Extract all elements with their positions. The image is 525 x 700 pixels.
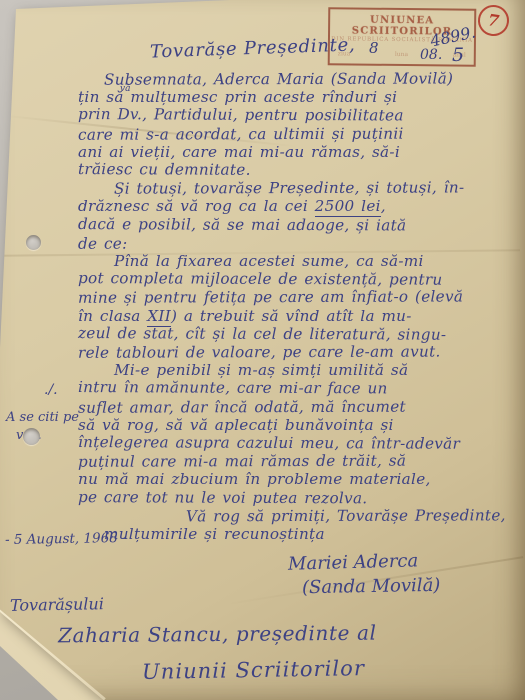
- letter-line: să vă rog, să vă aplecați bunăvoința și: [78, 416, 516, 434]
- line-segment: drăznesc să vă rog ca la cei: [78, 197, 315, 215]
- letter-line: puținul care mi-a mai rămas de trăit, să: [78, 452, 516, 472]
- letter-line: pot completa mijloacele de existență, pe…: [78, 269, 516, 289]
- letter-photo: UNIUNEA SCRIITORILOR DIN REPUBLICA SOCIA…: [0, 0, 525, 700]
- letter-date: - 5 August, 1968 -: [5, 530, 127, 548]
- torn-corner-edge: [0, 607, 106, 700]
- letter-line: pe care tot nu le voi putea rezolva.: [78, 488, 516, 508]
- margin-note: A se citi pe: [6, 410, 79, 425]
- letter-line: nu mă mai zbucium în probleme materiale,: [78, 470, 516, 488]
- punch-hole: [23, 428, 40, 445]
- letter-line: în clasa XII) a trebuit să vînd atît la …: [78, 307, 516, 325]
- underlined-amount: 2500 lei: [315, 197, 381, 217]
- letter-line: intru în amănunte, care mi-ar face un: [78, 378, 516, 398]
- letter-line: Pînă la fixarea acestei sume, ca să-mi: [78, 252, 516, 270]
- letter-line: mulțumirile și recunoștința: [78, 525, 516, 543]
- addressee-line: Uniunii Scriitorilor: [142, 656, 365, 684]
- letter-line: Vă rog să primiți, Tovarășe Președinte,: [78, 506, 516, 526]
- salutation: Tovarășe Președinte,: [150, 34, 356, 62]
- letter-line: zeul de stat, cît și la cel de literatur…: [78, 324, 516, 344]
- addressee-line: Tovarășului: [10, 594, 104, 615]
- letter-line: rele tablouri de valoare, pe care le-am …: [78, 342, 516, 362]
- margin-mark: ./.: [44, 382, 58, 398]
- handwritten-extra-number: 5: [452, 44, 464, 66]
- letter-line: suflet amar, dar încă odată, mă încumet: [78, 397, 516, 417]
- signature-pseudonym: (Sanda Movilă): [302, 575, 441, 598]
- line-segment: ) a trebuit să vînd atît la mu-: [171, 307, 412, 325]
- stamp-date-fields: ziua luna anul: [338, 50, 466, 58]
- page-number: 7: [487, 10, 501, 30]
- punch-hole: [26, 235, 41, 250]
- letter-line: drăznesc să vă rog ca la cei 2500 lei,: [78, 197, 516, 215]
- letter-line: Subsemnata, Aderca Maria (Sanda Movilă): [78, 69, 516, 89]
- letter-line: dacă e posibil, să se mai adaoge, și iat…: [78, 215, 516, 235]
- addressee-line: Zaharia Stancu, președinte al: [58, 621, 377, 648]
- letter-line: ani ai vieții, care mai mi-au rămas, să-…: [78, 143, 516, 161]
- letter-line: prin Dv., Partidului, pentru posibilitat…: [78, 105, 516, 125]
- letter-line: de ce:: [78, 233, 516, 253]
- letter-line: care mi s-a acordat, ca ultimii și puțin…: [78, 124, 516, 144]
- handwritten-month: 08.: [420, 47, 442, 63]
- letter-body: Subsemnata, Aderca Maria (Sanda Movilă) …: [78, 70, 516, 543]
- letter-paper: UNIUNEA SCRIITORILOR DIN REPUBLICA SOCIA…: [0, 0, 525, 700]
- letter-line: țin să mulțumesc prin aceste rînduri și: [78, 88, 516, 106]
- stamp-label-month: luna: [395, 51, 408, 58]
- line-segment: în clasa: [78, 307, 147, 325]
- letter-line: înțelegerea asupra cazului meu, ca într-…: [78, 433, 516, 453]
- letter-line: trăiesc cu demnitate.: [78, 160, 516, 180]
- letter-line: mine și pentru fetița pe care am înfiat-…: [78, 288, 516, 308]
- line-segment: ,: [381, 197, 386, 215]
- handwritten-day: 8: [369, 39, 379, 57]
- signature-name: Mariei Aderca: [288, 550, 419, 574]
- letter-line: Și totuși, tovarășe Președinte, și totuș…: [78, 178, 516, 198]
- letter-line: Mi-e penibil și m-aș simți umilită să: [78, 361, 516, 379]
- red-circled-page-number: 7: [476, 3, 511, 38]
